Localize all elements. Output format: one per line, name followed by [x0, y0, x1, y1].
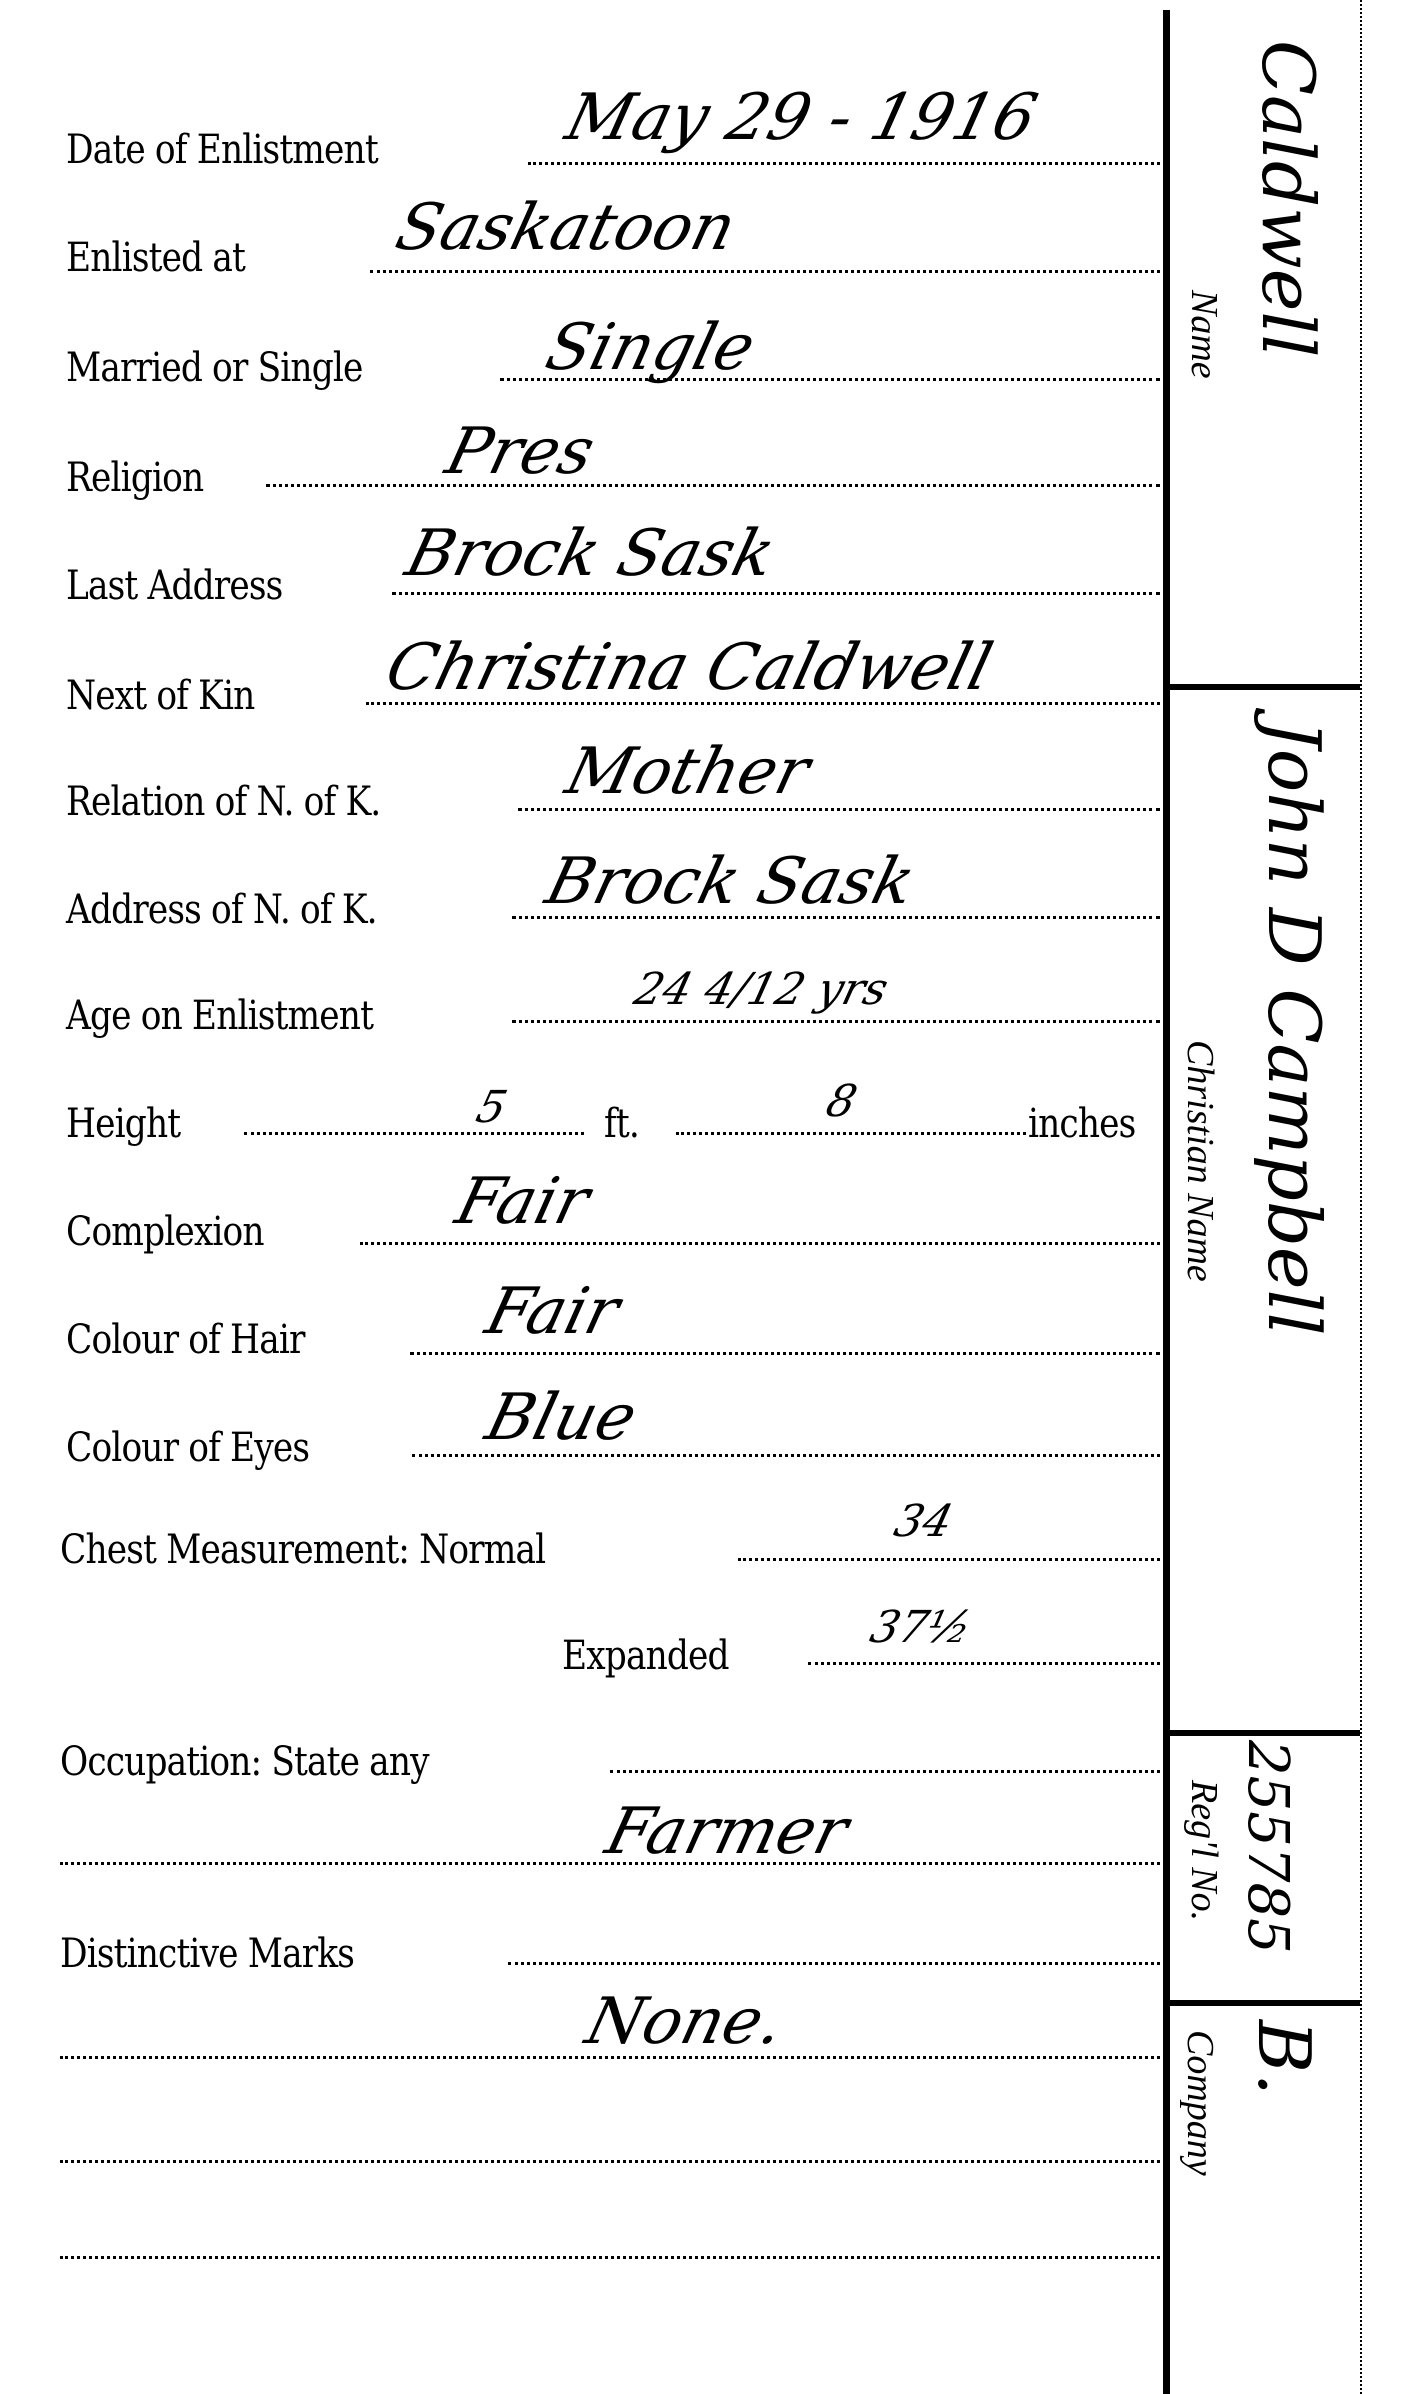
- leader-complexion: [360, 1242, 1160, 1245]
- value-complexion: Fair: [450, 1170, 595, 1234]
- label-next-of-kin: Next of Kin: [66, 676, 254, 716]
- sidebar-name-label: Name: [1182, 290, 1226, 379]
- sidebar-divider-rule: [1163, 10, 1170, 2394]
- leader-height-inches: [676, 1132, 1026, 1135]
- value-relation-of-nok: Mother: [560, 740, 815, 804]
- value-last-address: Brock Sask: [400, 522, 781, 586]
- label-chest-normal: Chest Measurement: Normal: [60, 1530, 545, 1570]
- value-chest-normal: 34: [890, 1500, 957, 1544]
- label-height-ft: ft.: [604, 1104, 639, 1144]
- leader-chest-normal: [738, 1558, 1160, 1561]
- value-age-on-enlistment: 24 4/12 yrs: [630, 968, 892, 1012]
- value-colour-of-hair: Fair: [480, 1280, 625, 1344]
- sidebar-christian-name-label: Christian Name: [1178, 1040, 1222, 1282]
- value-occupation: Farmer: [600, 1800, 854, 1864]
- value-distinctive-marks: None.: [580, 1990, 790, 2054]
- label-complexion: Complexion: [66, 1212, 264, 1252]
- label-address-of-nok: Address of N. of K.: [66, 890, 377, 930]
- sidebar-regl-no-value: 255785: [1235, 1740, 1300, 1954]
- rule-regl-no-company: [1170, 2000, 1360, 2006]
- label-enlisted-at: Enlisted at: [66, 238, 245, 278]
- leader-chest-expanded: [808, 1662, 1160, 1665]
- label-colour-of-eyes: Colour of Eyes: [66, 1428, 309, 1468]
- sidebar-company-value: B.: [1242, 2020, 1326, 2096]
- value-married-or-single: Single: [540, 316, 761, 380]
- rule-christian-name-regl-no: [1170, 1730, 1360, 1736]
- value-address-of-nok: Brock Sask: [540, 850, 921, 914]
- leader-last-address: [392, 592, 1160, 595]
- rule-name-christian-name: [1170, 684, 1360, 690]
- leader-occupation-1: [610, 1770, 1160, 1773]
- leader-date-of-enlistment: [528, 162, 1160, 165]
- leader-age-on-enlistment: [512, 1020, 1160, 1023]
- leader-enlisted-at: [370, 270, 1160, 273]
- sidebar-outer-dotted-edge: [1360, 0, 1362, 2394]
- value-enlisted-at: Saskatoon: [390, 196, 742, 260]
- label-height-inches: inches: [1028, 1104, 1135, 1144]
- value-chest-expanded: 37½: [866, 1606, 976, 1650]
- label-date-of-enlistment: Date of Enlistment: [66, 130, 378, 170]
- leader-colour-of-hair: [410, 1352, 1160, 1355]
- value-next-of-kin: Christina Caldwell: [380, 636, 998, 700]
- leader-distinctive-marks-1: [508, 1962, 1160, 1965]
- leader-blank-1: [60, 2160, 1160, 2163]
- label-relation-of-nok: Relation of N. of K.: [66, 782, 380, 822]
- label-religion: Religion: [66, 458, 203, 498]
- sidebar-regl-no-label: Reg'l No.: [1182, 1780, 1226, 1921]
- value-height-inches: 8: [822, 1080, 861, 1124]
- leader-religion: [266, 484, 1160, 487]
- sidebar-name-value: Caldwell: [1246, 40, 1330, 357]
- value-colour-of-eyes: Blue: [480, 1386, 643, 1450]
- sidebar-christian-name-value: John D Campbell: [1252, 720, 1336, 1336]
- value-height-feet: 5: [472, 1086, 511, 1130]
- label-chest-expanded: Expanded: [562, 1636, 729, 1676]
- leader-blank-2: [60, 2256, 1160, 2259]
- label-distinctive-marks: Distinctive Marks: [60, 1934, 354, 1974]
- value-date-of-enlistment: May 29 - 1916: [560, 86, 1043, 150]
- label-height: Height: [66, 1104, 180, 1144]
- label-last-address: Last Address: [66, 566, 282, 606]
- label-married-or-single: Married or Single: [66, 348, 363, 388]
- sidebar-company-label: Company: [1178, 2030, 1222, 2176]
- label-occupation: Occupation: State any: [60, 1742, 429, 1782]
- attestation-card: Date of Enlistment May 29 - 1916 Enliste…: [0, 0, 1404, 2394]
- leader-height-feet: [244, 1132, 584, 1135]
- value-religion: Pres: [440, 420, 600, 484]
- label-colour-of-hair: Colour of Hair: [66, 1320, 305, 1360]
- label-age-on-enlistment: Age on Enlistment: [66, 996, 373, 1036]
